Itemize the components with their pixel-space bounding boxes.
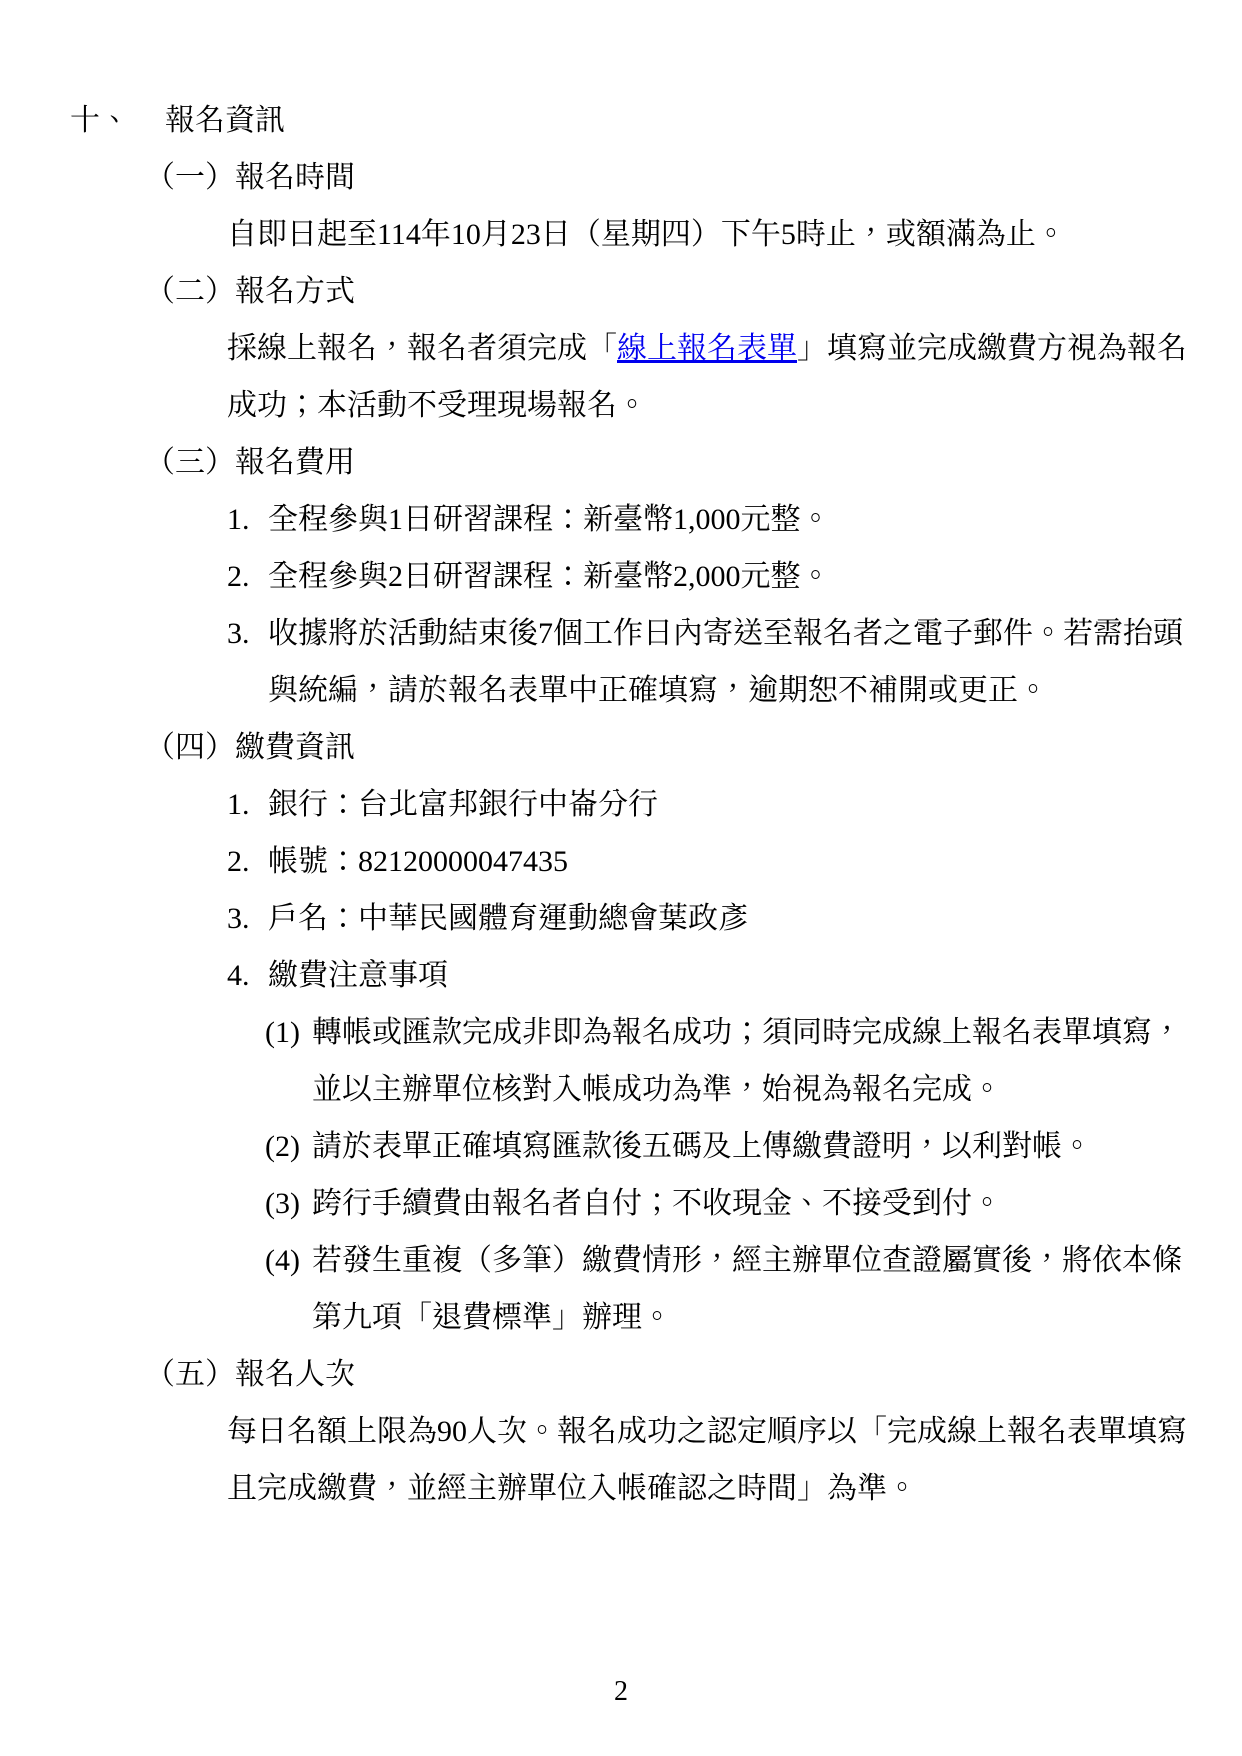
note-item-number: (2) xyxy=(265,1118,312,1175)
note-item-text: 若發生重複（多筆）繳費情形，經主辦單位查證屬實後，將依本條 xyxy=(312,1232,1182,1289)
list-item-text: 銀行：台北富邦銀行中崙分行 xyxy=(268,776,658,833)
note-item: (1) 轉帳或匯款完成非即為報名成功；須同時完成線上報名表單填寫， xyxy=(0,1004,1242,1061)
list-item: 4. 繳費注意事項 xyxy=(0,947,1242,1004)
document-content: 十、 報名資訊 （一）報名時間 自即日起至114年10月23日（星期四）下午5時… xyxy=(0,0,1242,1517)
subsection-heading-5: （五）報名人次 xyxy=(0,1346,1242,1403)
list-item-text: 戶名：中華民國體育運動總會葉政彥 xyxy=(268,890,748,947)
note-item-continuation: 第九項「退費標準」辦理。 xyxy=(0,1289,1242,1346)
s5-paragraph-line-1: 每日名額上限為90人次。報名成功之認定順序以「完成線上報名表單填寫 xyxy=(0,1403,1242,1460)
note-item-text: 請於表單正確填寫匯款後五碼及上傳繳費證明，以利對帳。 xyxy=(312,1118,1092,1175)
note-item-number: (1) xyxy=(265,1004,312,1061)
s2-paragraph-line-2: 成功；本活動不受理現場報名。 xyxy=(0,377,1242,434)
note-item: (3) 跨行手續費由報名者自付；不收現金、不接受到付。 xyxy=(0,1175,1242,1232)
subsection-heading-2: （二）報名方式 xyxy=(0,263,1242,320)
list-item-number: 4. xyxy=(227,947,268,1004)
note-item-number: (4) xyxy=(265,1232,312,1289)
subsection-heading-3: （三）報名費用 xyxy=(0,434,1242,491)
note-item: (2) 請於表單正確填寫匯款後五碼及上傳繳費證明，以利對帳。 xyxy=(0,1118,1242,1175)
s5-paragraph-line-2: 且完成繳費，並經主辦單位入帳確認之時間」為準。 xyxy=(0,1460,1242,1517)
page-number: 2 xyxy=(0,1672,1242,1712)
s2-text-after-link: 」填寫並完成繳費方視為報名 xyxy=(797,332,1187,365)
list-item: 2. 帳號：82120000047435 xyxy=(0,833,1242,890)
list-item-text: 全程參與1日研習課程：新臺幣1,000元整。 xyxy=(268,491,831,548)
note-item-text: 轉帳或匯款完成非即為報名成功；須同時完成線上報名表單填寫， xyxy=(312,1004,1182,1061)
list-item: 2. 全程參與2日研習課程：新臺幣2,000元整。 xyxy=(0,548,1242,605)
section-number: 十、 xyxy=(70,92,165,149)
section-title: 報名資訊 xyxy=(165,92,285,149)
note-item-text: 跨行手續費由報名者自付；不收現金、不接受到付。 xyxy=(312,1175,1002,1232)
s2-paragraph-line-1: 採線上報名，報名者須完成「線上報名表單」填寫並完成繳費方視為報名 xyxy=(0,320,1242,377)
s1-paragraph-line: 自即日起至114年10月23日（星期四）下午5時止，或額滿為止。 xyxy=(0,206,1242,263)
list-item-number: 1. xyxy=(227,776,268,833)
list-item-number: 3. xyxy=(227,890,268,947)
list-item-number: 2. xyxy=(227,833,268,890)
list-item: 1. 銀行：台北富邦銀行中崙分行 xyxy=(0,776,1242,833)
note-item-number: (3) xyxy=(265,1175,312,1232)
note-item-continuation: 並以主辦單位核對入帳成功為準，始視為報名完成。 xyxy=(0,1061,1242,1118)
document-page: 十、 報名資訊 （一）報名時間 自即日起至114年10月23日（星期四）下午5時… xyxy=(0,0,1242,1756)
list-item: 3. 收據將於活動結束後7個工作日內寄送至報名者之電子郵件。若需抬頭 xyxy=(0,605,1242,662)
list-item-text: 繳費注意事項 xyxy=(268,947,448,1004)
list-item: 3. 戶名：中華民國體育運動總會葉政彥 xyxy=(0,890,1242,947)
section-heading: 十、 報名資訊 xyxy=(0,92,1242,149)
s2-text-before-link: 採線上報名，報名者須完成「 xyxy=(227,332,617,365)
online-registration-form-link[interactable]: 線上報名表單 xyxy=(617,332,797,365)
list-item-number: 3. xyxy=(227,605,268,662)
list-item: 1. 全程參與1日研習課程：新臺幣1,000元整。 xyxy=(0,491,1242,548)
list-item-number: 1. xyxy=(227,491,268,548)
subsection-heading-1: （一）報名時間 xyxy=(0,149,1242,206)
list-item-text: 收據將於活動結束後7個工作日內寄送至報名者之電子郵件。若需抬頭 xyxy=(268,605,1183,662)
note-item: (4) 若發生重複（多筆）繳費情形，經主辦單位查證屬實後，將依本條 xyxy=(0,1232,1242,1289)
subsection-heading-4: （四）繳費資訊 xyxy=(0,719,1242,776)
bank-account-number: 帳號：82120000047435 xyxy=(268,833,568,890)
list-item-text: 全程參與2日研習課程：新臺幣2,000元整。 xyxy=(268,548,831,605)
list-item-number: 2. xyxy=(227,548,268,605)
list-item-continuation: 與統編，請於報名表單中正確填寫，逾期恕不補開或更正。 xyxy=(0,662,1242,719)
